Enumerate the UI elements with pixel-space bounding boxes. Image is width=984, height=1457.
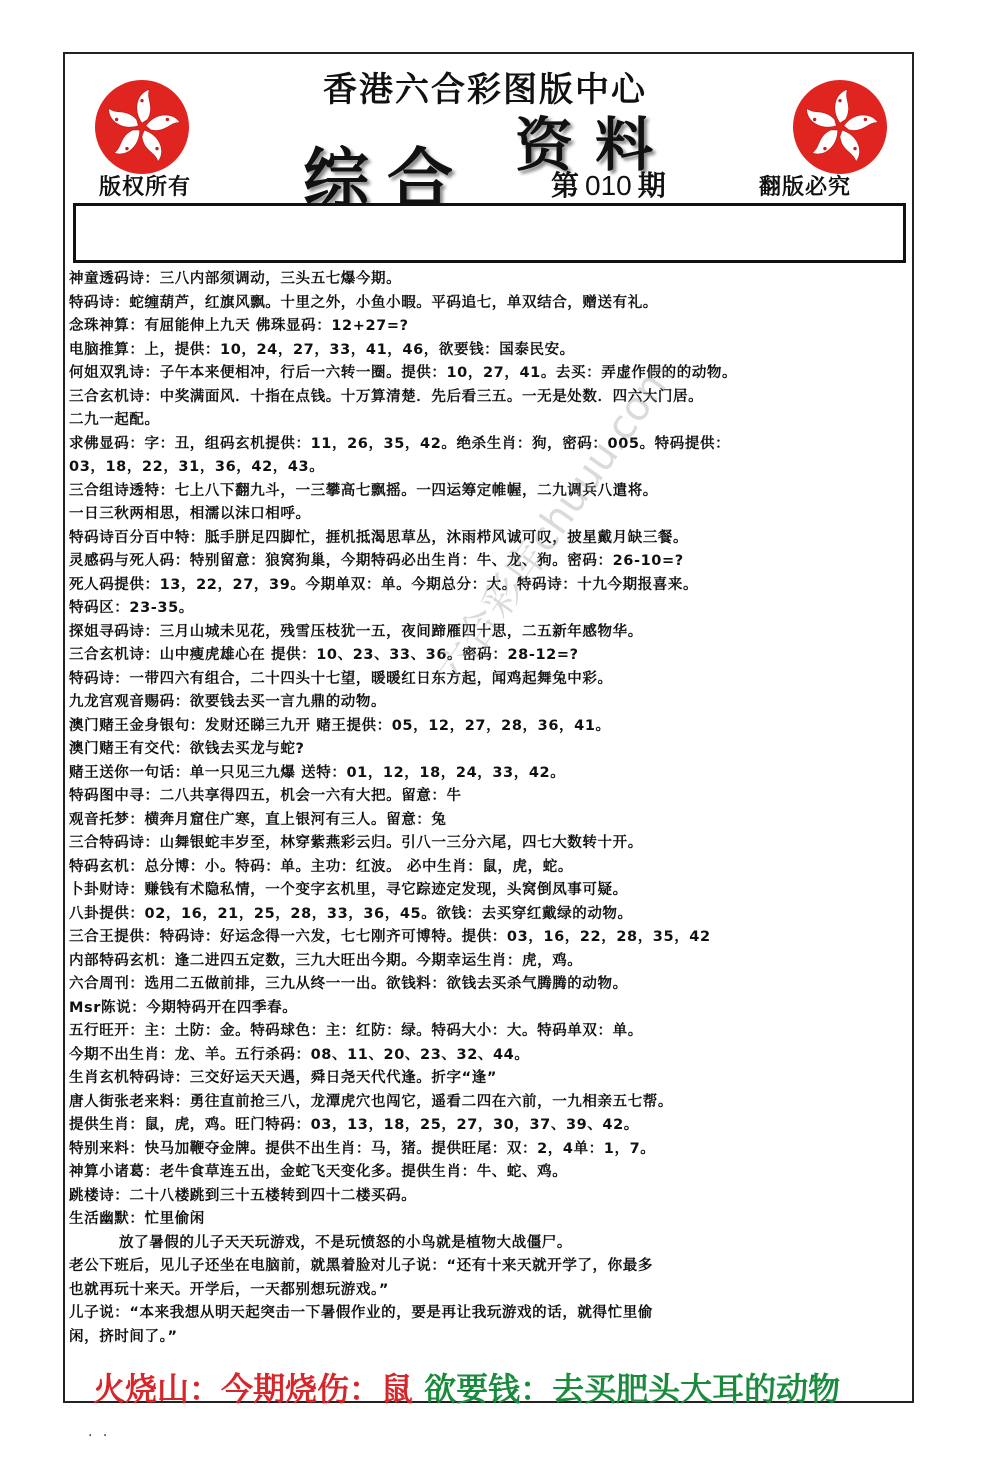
- copyright-label: 版权所有: [99, 170, 191, 201]
- issue-suffix: 期: [638, 169, 666, 202]
- content-line: 九龙宫观音赐码：欲要钱去买一言九鼎的动物。: [69, 691, 914, 715]
- content-line: 特码诗百分百中特：胝手胼足四脚忙，捱机抵渴思草丛，沐雨栉风诚可叹，披星戴月缺三餐…: [69, 527, 914, 551]
- content-line: 儿子说：“本来我想从明天起突击一下暑假作业的，要是再让我玩游戏的话，就得忙里偷: [69, 1302, 914, 1326]
- content-line: 观音托梦：横奔月窟住广寒，直上银河有三人。留意：兔: [69, 809, 914, 833]
- no-reprint-label: 翻版必究: [759, 170, 851, 201]
- content-line: 三合王提供：特码诗：好运念得一六发，七七刚齐可博特。提供：03，16，22，28…: [69, 926, 914, 950]
- content-line: 也就再玩十来天。开学后，一天都别想玩游戏。”: [69, 1279, 914, 1303]
- content-line: 三合玄机诗：中奖满面风．十指在点钱。十万算清楚．先后看三五。一无是处数．四六大门…: [69, 386, 914, 410]
- content-line: 灵感码与死人码：特别留意：狼窝狗巢，今期特码必出生肖：牛、龙、狗。密码：26-1…: [69, 550, 914, 574]
- footer-green-text: 欲要钱：去买肥头大耳的动物: [424, 1370, 840, 1408]
- content-line: 探姐寻码诗：三月山城未见花，残雪压枝犹一五，夜间蹄雁四十思，二五新年感物华。: [69, 621, 914, 645]
- bauhinia-logo-left-icon: [95, 80, 189, 174]
- issue-number-label: 第010期: [551, 164, 666, 204]
- bauhinia-logo-right-icon: [793, 80, 887, 174]
- bottom-dots: . .: [88, 1424, 110, 1440]
- content-lines: 神童透码诗：三八内部须调动，三头五七爆今期。特码诗：蛇缠葫芦，红旗风飘。十里之外…: [69, 268, 914, 1349]
- content-line: 特码区：23-35。: [69, 597, 914, 621]
- footer-red-text: 火烧山：今期烧伤：鼠: [93, 1370, 413, 1408]
- content-line: 特码诗：蛇缠葫芦，红旗风飘。十里之外，小鱼小暇。平码追七，单双结合，赠送有礼。: [69, 292, 914, 316]
- content-line: 生活幽默：忙里偷闲: [69, 1208, 914, 1232]
- content-line: 求佛显码：字：丑，组码玄机提供：11，26，35，42。绝杀生肖：狗，密码：00…: [69, 433, 914, 457]
- blank-banner-box: [73, 203, 906, 263]
- content-line: 放了暑假的儿子天天玩游戏，不是玩愤怒的小鸟就是植物大战僵尸。: [69, 1232, 914, 1256]
- content-line: 03，18，22，31，36，42，43。: [69, 456, 914, 480]
- content-line: 唐人街张老来料：勇往直前抢三八，龙潭虎穴也闯它，遥看二四在六前，一九相亲五七帮。: [69, 1091, 914, 1115]
- content-line: 死人码提供：13，22，27，39。今期单双：单。今期总分：大。特码诗：十九今期…: [69, 574, 914, 598]
- content-line: 特码玄机：总分博：小。特码：单。主功：红波。 必中生肖：鼠，虎，蛇。: [69, 856, 914, 880]
- content-line: 卜卦财诗：赚钱有术隐私情，一个变字玄机里，寻它踪迹定发现，头窝倒凤事可疑。: [69, 879, 914, 903]
- content-line: 一日三秋两相思，相濡以沫口相呼。: [69, 503, 914, 527]
- content-line: 三合玄机诗：山中瘦虎雄心在 提供：10、23、33、36。密码：28-12=?: [69, 644, 914, 668]
- content-line: 六合周刊：选用二五做前排，三九从终一一出。欲钱料：欲钱去买杀气腾腾的动物。: [69, 973, 914, 997]
- content-line: 电脑推算：上，提供：10，24，27，33，41，46，欲要钱：国泰民安。: [69, 339, 914, 363]
- content-line: 今期不出生肖：龙、羊。五行杀码：08、11、20、23、32、44。: [69, 1044, 914, 1068]
- content-line: 神算小诸葛：老牛食草连五出，金蛇飞天变化多。提供生肖：牛、蛇、鸡。: [69, 1161, 914, 1185]
- content-line: 念珠神算：有屈能伸上九天 佛珠显码：12+27=?: [69, 315, 914, 339]
- content-line: 特码诗：一带四六有组合，二十四头十七望，暖暖红日东方起，闻鸡起舞兔中彩。: [69, 668, 914, 692]
- content-line: 赌王送你一句话：单一只见三九爆 送特：01，12，18，24，33，42。: [69, 762, 914, 786]
- content-line: 老公下班后，见儿子还坐在电脑前，就黑着脸对儿子说：“还有十来天就开学了，你最多: [69, 1255, 914, 1279]
- content-line: 内部特码玄机：逢二进四五定数，三九大旺出今期。今期幸运生肖：虎，鸡。: [69, 950, 914, 974]
- content-line: 跳楼诗：二十八楼跳到三十五楼转到四十二楼买码。: [69, 1185, 914, 1209]
- content-line: 五行旺开：主：土防：金。特码球色：主：红防：绿。特码大小：大。特码单双：单。: [69, 1020, 914, 1044]
- content-line: 三合组诗透特：七上八下翻九斗，一三攀高七飘摇。一四运筹定帷幄，二九调兵八遣将。: [69, 480, 914, 504]
- issue-number: 010: [585, 170, 632, 201]
- content-line: 三合特码诗：山舞银蛇丰岁至，林穿紫燕彩云归。引八一三分六尾，四七大数转十开。: [69, 832, 914, 856]
- content-line: 二九一起配。: [69, 409, 914, 433]
- content-line: 闲，挤时间了。”: [69, 1326, 914, 1350]
- issue-prefix: 第: [551, 169, 579, 202]
- document-frame: 香港六合彩图版中心 综合 资料 第010期 版权所有 翻版必究 神童透码诗：三八…: [63, 52, 914, 1403]
- content-line: Msr陈说：今期特码开在四季春。: [69, 997, 914, 1021]
- content-line: 八卦提供：02，16，21，25，28，33，36，45。欲钱：去买穿红戴绿的动…: [69, 903, 914, 927]
- content-line: 生肖玄机特码诗：三交好运天天遇，舜日尧天代代逢。折字“逢”: [69, 1067, 914, 1091]
- content-line: 特别来料：快马加鞭夺金牌。提供不出生肖：马，猪。提供旺尾：双：2，4单：1，7。: [69, 1138, 914, 1162]
- content-line: 提供生肖：鼠，虎，鸡。旺门特码：03，13，18，25，27，30，37、39、…: [69, 1114, 914, 1138]
- content-line: 澳门赌王有交代：欲钱去买龙与蛇?: [69, 738, 914, 762]
- content-line: 何姐双乳诗：子午本来便相冲，行后一六转一圈。提供：10，27，41。去买：弄虚作…: [69, 362, 914, 386]
- content-line: 神童透码诗：三八内部须调动，三头五七爆今期。: [69, 268, 914, 292]
- content-line: 澳门赌王金身银句：发财还睇三九开 赌王提供：05，12，27，28，36，41。: [69, 715, 914, 739]
- footer-banner: 火烧山：今期烧伤：鼠 欲要钱：去买肥头大耳的动物: [93, 1364, 840, 1410]
- content-line: 特码图中寻：二八共享得四五，机会一六有大把。留意：牛: [69, 785, 914, 809]
